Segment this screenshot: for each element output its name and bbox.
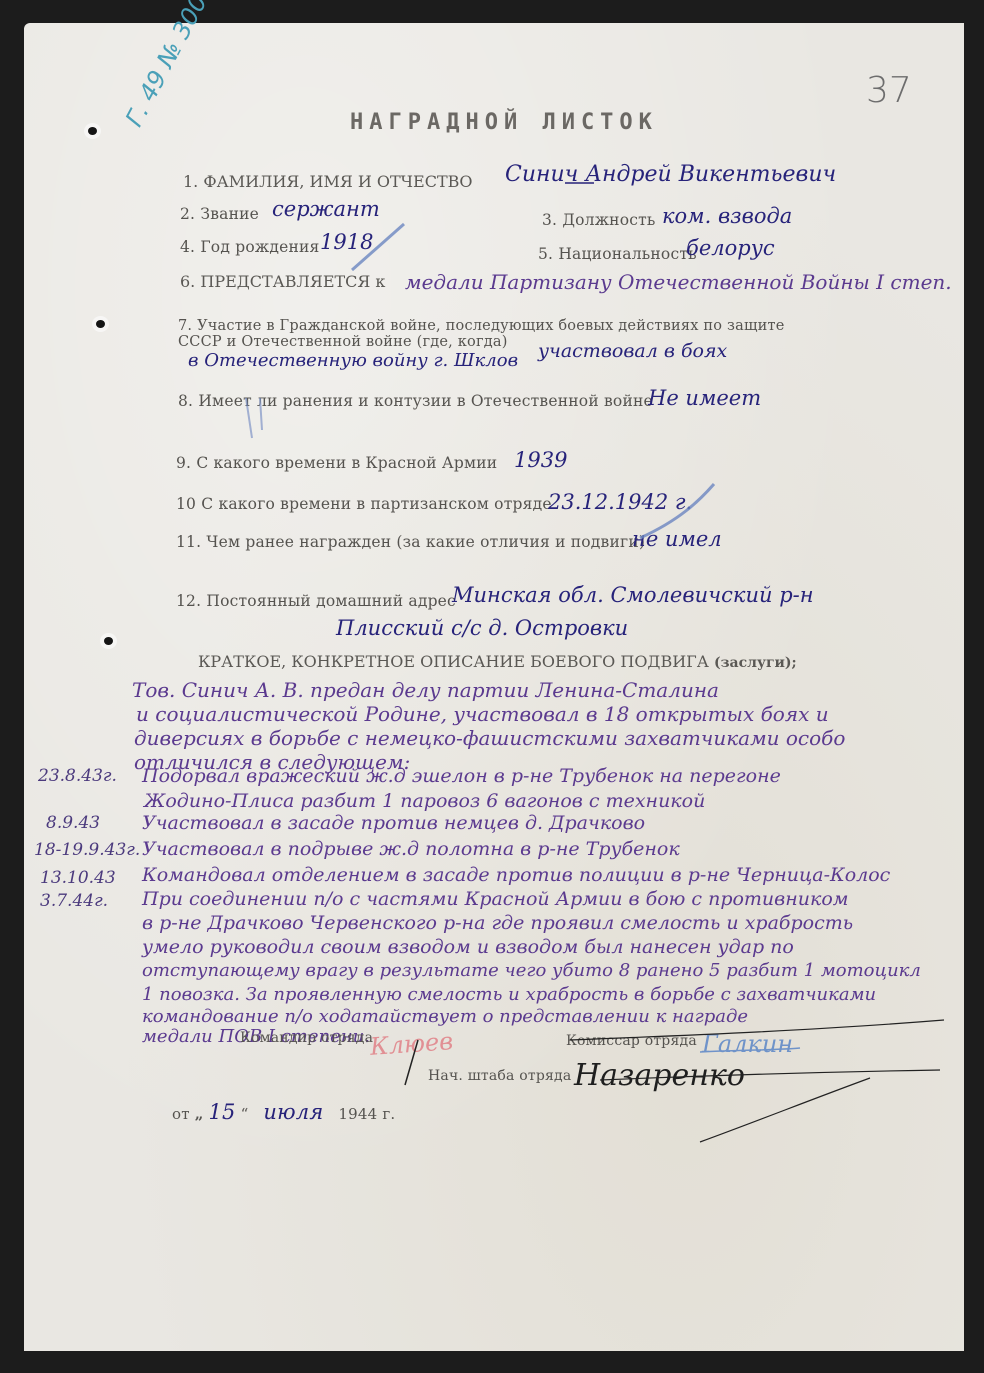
ink-strokes-overlay (0, 0, 984, 1373)
